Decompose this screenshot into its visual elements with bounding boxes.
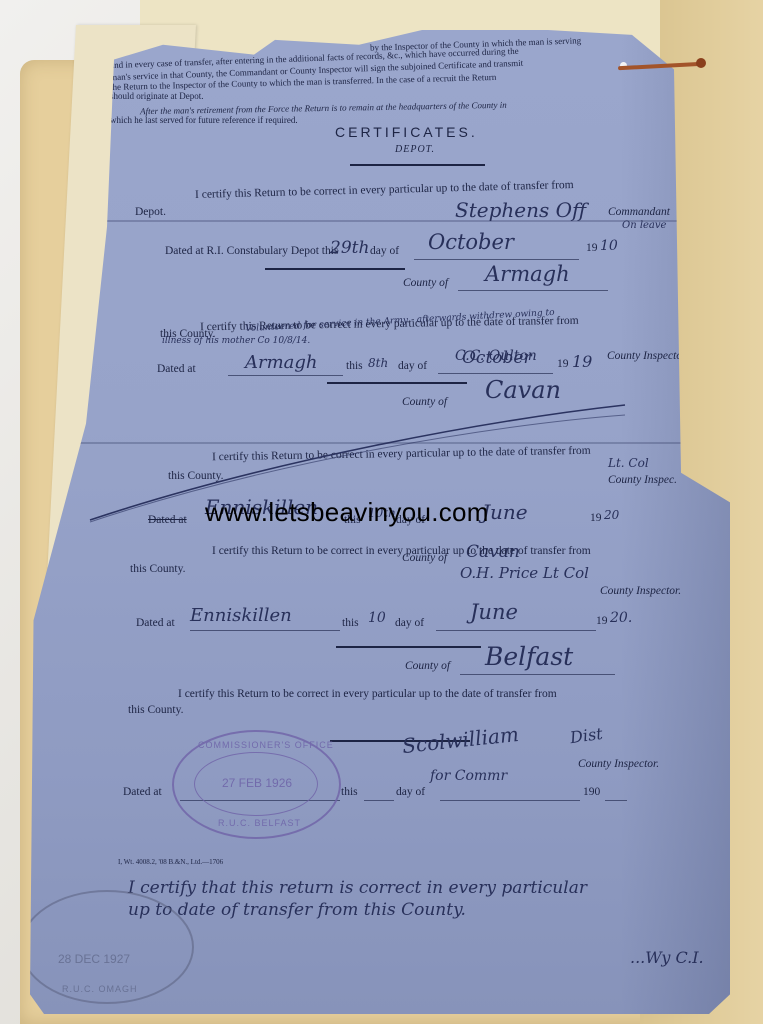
cert5-this-label: this (341, 786, 358, 798)
certificates-heading: CERTIFICATES. (335, 124, 478, 140)
cert2-year: 19 (572, 352, 592, 371)
cert4-county-line (460, 674, 615, 675)
cert1-year-prefix: 19 (586, 242, 598, 254)
cert1-continuation: Depot. (135, 206, 166, 218)
cert5-continuation: this County. (128, 704, 183, 716)
cert5-month-line (440, 800, 580, 801)
cert5-year-line (605, 800, 627, 801)
watermark-url: www.letsbeavinyou.com (205, 497, 489, 528)
cert4-signature: O.H. Price Lt Col (460, 564, 589, 582)
printer-mark: I, Wt. 4008.2, '08 B.&N., Ltd.—1706 (118, 858, 223, 866)
cert5-signature: Scolwilliam (401, 722, 520, 758)
cert5-dated-label: Dated at (123, 786, 162, 798)
cert1-signer-note: On leave (622, 220, 666, 231)
cert1-signature: Stephens Off (455, 198, 586, 222)
cert1-month: October (428, 230, 514, 254)
cert1-county-label: County of (403, 277, 448, 289)
cert4-day-label: day of (395, 617, 424, 629)
cert2-day-label: day of (398, 360, 427, 372)
cert2-month-line (438, 373, 553, 374)
cert2-day: 8th (368, 356, 388, 370)
cert1-county: Armagh (485, 262, 570, 286)
cert5-signer-note: for Commr (430, 768, 507, 784)
cert4-place: Enniskillen (190, 605, 292, 626)
footer-initials: ...Wy C.I. (630, 948, 704, 967)
cert4-county-label: County of (405, 660, 450, 672)
cert2-signer-title: County Inspector. (607, 350, 688, 362)
cert2-place: Armagh (245, 352, 318, 373)
rule (350, 164, 485, 166)
instruction-line-5: should originate at Depot. (110, 90, 203, 102)
cert4-text: I certify this Return to be correct in e… (212, 545, 591, 557)
cert4-dated-label: Dated at (136, 617, 175, 629)
rule (336, 646, 481, 648)
twine-knot (696, 58, 706, 68)
cert5-year-prefix: 190 (583, 786, 600, 798)
cert5-signature-extra: Dist (569, 724, 604, 747)
cert4-month-line (436, 630, 596, 631)
cert2-year-prefix: 19 (557, 358, 569, 370)
cert4-signer-title: County Inspector. (600, 585, 681, 597)
cert4-county: Belfast (485, 642, 573, 671)
cert2-this-label: this (346, 360, 363, 372)
cert2-dated-label: Dated at (157, 363, 196, 375)
stamp-date: 27 FEB 1926 (222, 776, 292, 790)
depot-subheading: DEPOT. (395, 144, 435, 156)
stamp-top-text: COMMISSIONER'S OFFICE (198, 740, 334, 750)
cert1-signer-title: Commandant (608, 206, 670, 218)
cert5-text: I certify this Return to be correct in e… (178, 688, 557, 700)
cert4-year-prefix: 19 (596, 615, 608, 627)
cert1-month-line (414, 259, 579, 260)
cert1-county-line (458, 290, 608, 291)
cert4-month: June (470, 600, 518, 624)
rule (265, 268, 405, 270)
cert2-month: October (462, 348, 532, 368)
stamp-bottom-text: R.U.C. BELFAST (218, 818, 301, 828)
cert5-day-label: day of (396, 786, 425, 798)
cert4-continuation: this County. (130, 563, 185, 575)
commissioner-office-stamp-omagh: 28 DEC 1927 R.U.C. OMAGH (20, 890, 194, 1004)
cert1-year: 10 (600, 238, 618, 254)
cert1-dated-label: Dated at R.I. Constabulary Depot this (165, 245, 338, 257)
instruction-line-7: which he last served for future referenc… (110, 114, 298, 126)
stamp-date: 28 DEC 1927 (58, 952, 130, 966)
footer-handwritten-line-1: I certify that this return is correct in… (128, 878, 587, 898)
commissioner-office-stamp-belfast: COMMISSIONER'S OFFICE 27 FEB 1926 R.U.C.… (172, 730, 341, 839)
cert2-place-line (228, 375, 343, 376)
cert1-day-label: day of (370, 245, 399, 257)
cert1-day: 29th (330, 238, 369, 258)
cert2-annotation-2: illness of his mother Co 10/8/14. (162, 336, 310, 346)
cert4-this-label: this (342, 617, 359, 629)
cert4-place-line (190, 630, 340, 631)
cert4-day: 10 (368, 610, 386, 626)
stamp-bottom-text: R.U.C. OMAGH (62, 984, 138, 994)
rule (327, 382, 467, 384)
cert4-year: 20. (610, 610, 632, 626)
cert5-signer-title: County Inspector. (578, 758, 659, 770)
cert5-day-line (364, 800, 394, 801)
